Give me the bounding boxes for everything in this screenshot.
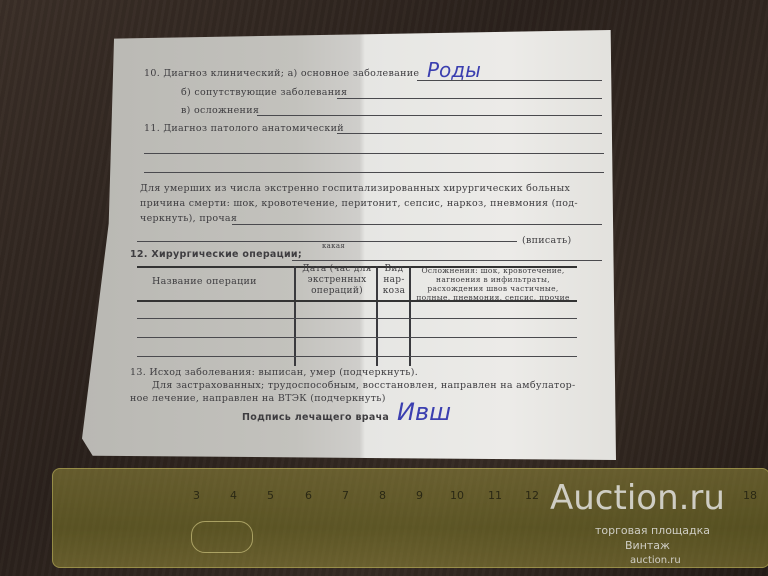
item13-line3: ное лечение, направлен на ВТЭК (подчеркн… bbox=[130, 393, 386, 404]
handwritten-signature: Ивш bbox=[397, 398, 451, 426]
medical-form-sheet: 10. Диагноз клинический; а) основное заб… bbox=[82, 30, 616, 460]
table-header-date: Дата (час для экстренных операций) bbox=[297, 264, 377, 297]
signature-label: Подпись лечащего врача bbox=[242, 412, 389, 423]
ruler-number: 4 bbox=[230, 489, 237, 502]
ruler-number: 7 bbox=[342, 489, 349, 502]
item10-b: б) сопутствующие заболевания bbox=[181, 87, 347, 98]
ruler-number: 6 bbox=[305, 489, 312, 502]
ruler-number: 3 bbox=[193, 489, 200, 502]
item13-line1: 13. Исход заболевания: выписан, умер (по… bbox=[130, 367, 418, 378]
ruler-number: 18 bbox=[743, 489, 757, 502]
table-header-complications: Осложнения: шок, кровотечение, нагноения… bbox=[413, 266, 573, 302]
watermark-sub2: Винтаж bbox=[625, 539, 670, 552]
vpisat-caption: (вписать) bbox=[522, 235, 572, 246]
ruler-number: 5 bbox=[267, 489, 274, 502]
ruler-number: 11 bbox=[488, 489, 502, 502]
deceased-line1: Для умерших из числа экстренно госпитали… bbox=[140, 183, 570, 194]
kakaya-caption: какая bbox=[322, 242, 345, 250]
table-header-anesthesia: Вид нар-коза bbox=[379, 264, 409, 297]
item13-line2: Для застрахованных; трудоспособным, восс… bbox=[152, 380, 576, 391]
deceased-line2: причина смерти: шок, кровотечение, перит… bbox=[140, 198, 578, 209]
ruler-number: 10 bbox=[450, 489, 464, 502]
watermark-sub3: auction.ru bbox=[630, 555, 681, 566]
watermark-brand: Auction.ru bbox=[550, 478, 725, 518]
item10-label: 10. Диагноз клинический; а) основное заб… bbox=[144, 68, 419, 79]
ruler-number: 8 bbox=[379, 489, 386, 502]
item11-label: 11. Диагноз патолого анатомический bbox=[144, 123, 344, 134]
watermark-sub1: торговая площадка bbox=[595, 524, 710, 537]
ruler-number: 12 bbox=[525, 489, 539, 502]
table-header-name: Название операции bbox=[152, 276, 257, 287]
item12-label: 12. Хирургические операции; bbox=[130, 249, 302, 260]
handwritten-diagnosis: Роды bbox=[427, 58, 481, 82]
item10-v: в) осложнения bbox=[181, 105, 259, 116]
ruler-slot bbox=[191, 521, 253, 553]
ruler-number: 9 bbox=[416, 489, 423, 502]
deceased-line3: черкнуть), прочая bbox=[140, 213, 237, 224]
